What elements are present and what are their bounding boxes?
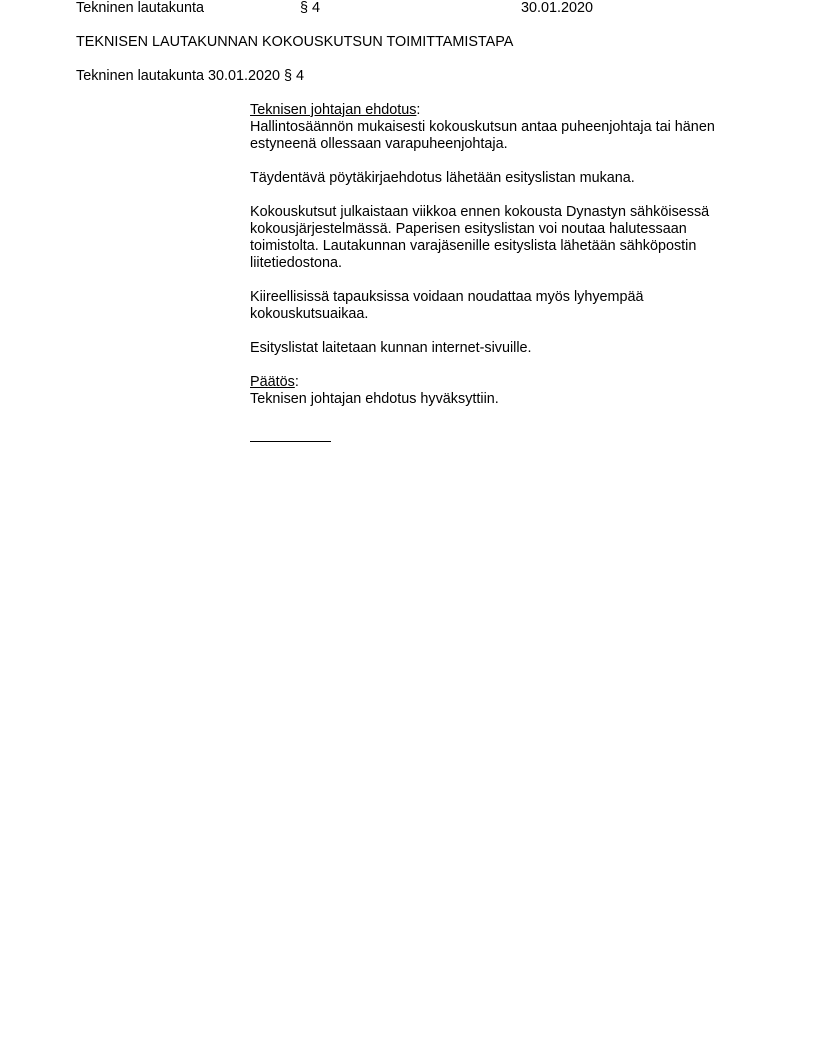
proposal-paragraph: Kokouskutsut julkaistaan viikkoa ennen k… — [250, 204, 740, 272]
paragraph-line: toimistolta. Lautakunnan varajäsenille e… — [250, 238, 740, 255]
meeting-reference: Tekninen lautakunta 30.01.2020 § 4 — [76, 68, 304, 85]
paragraph-line: liitetiedostona. — [250, 255, 740, 272]
proposal-paragraph: Täydentävä pöytäkirjaehdotus lähetään es… — [250, 170, 740, 187]
paragraph-line: estyneenä ollessaan varapuheenjohtaja. — [250, 136, 740, 153]
end-rule-divider — [250, 425, 331, 442]
decision-heading-line: Päätös: — [250, 374, 740, 391]
proposal-section: Teknisen johtajan ehdotus: Hallintosäänn… — [250, 102, 740, 357]
proposal-heading-line: Teknisen johtajan ehdotus: — [250, 102, 740, 119]
paragraph-line: Esityslistat laitetaan kunnan internet-s… — [250, 340, 740, 357]
paragraph-line: kokouskutsuaikaa. — [250, 306, 740, 323]
paragraph-line: Täydentävä pöytäkirjaehdotus lähetään es… — [250, 170, 740, 187]
proposal-paragraph: Esityslistat laitetaan kunnan internet-s… — [250, 340, 740, 357]
proposal-heading: Teknisen johtajan ehdotus — [250, 102, 416, 118]
paragraph-line: Kiireellisissä tapauksissa voidaan nouda… — [250, 289, 740, 306]
paragraph-line: Kokouskutsut julkaistaan viikkoa ennen k… — [250, 204, 740, 221]
decision-section: Päätös: Teknisen johtajan ehdotus hyväks… — [250, 374, 740, 408]
decision-heading: Päätös — [250, 374, 295, 390]
decision-text: Teknisen johtajan ehdotus hyväksyttiin. — [250, 391, 740, 408]
document-title: TEKNISEN LAUTAKUNNAN KOKOUSKUTSUN TOIMIT… — [76, 34, 513, 51]
header-section-number: § 4 — [300, 0, 320, 17]
proposal-paragraph: Hallintosäännön mukaisesti kokouskutsun … — [250, 119, 740, 153]
header-committee-name: Tekninen lautakunta — [76, 0, 204, 17]
proposal-heading-colon: : — [416, 102, 420, 118]
paragraph-line: Hallintosäännön mukaisesti kokouskutsun … — [250, 119, 740, 136]
proposal-paragraph: Kiireellisissä tapauksissa voidaan nouda… — [250, 289, 740, 323]
decision-paragraph: Teknisen johtajan ehdotus hyväksyttiin. — [250, 391, 740, 408]
paragraph-line: kokousjärjestelmässä. Paperisen esitysli… — [250, 221, 740, 238]
document-body: Teknisen johtajan ehdotus: Hallintosäänn… — [250, 102, 740, 442]
decision-heading-colon: : — [295, 374, 299, 390]
header-meeting-date: 30.01.2020 — [521, 0, 593, 17]
